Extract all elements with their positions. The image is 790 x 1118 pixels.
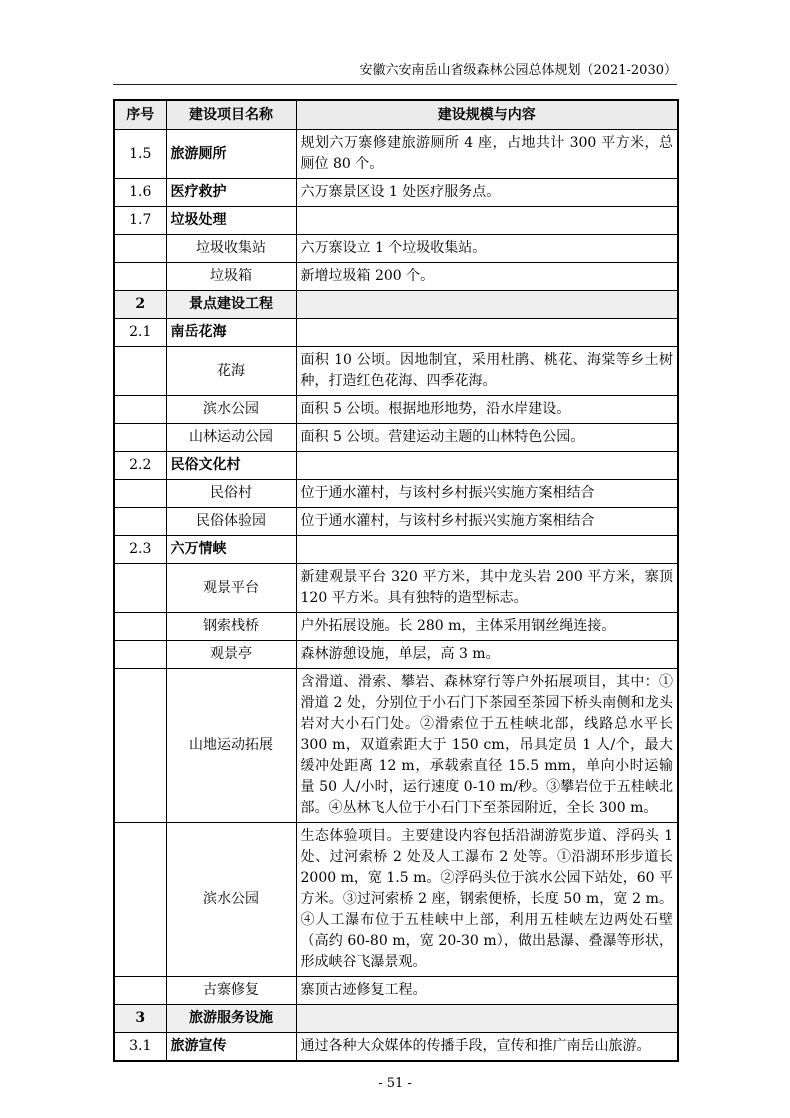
row-number: 1.7 [114,207,166,235]
row-name: 景点建设工程 [166,291,296,319]
table-row: 钢索栈桥 户外拓展设施。长 280 m，主体采用钢丝绳连接。 [114,613,678,641]
table-section-row: 2 景点建设工程 [114,291,678,319]
row-name: 垃圾处理 [166,207,296,235]
table-row: 垃圾箱 新增垃圾箱 200 个。 [114,263,678,291]
row-content: 位于通水灌村，与该村乡村振兴实施方案相结合 [296,480,678,508]
table-header-row: 序号 建设项目名称 建设规模与内容 [114,100,678,130]
row-number: 3.1 [114,1033,166,1062]
table-section-row: 3 旅游服务设施 [114,1005,678,1033]
page-number: - 51 - [113,1076,677,1091]
row-number [114,669,166,823]
table-row: 2.3 六万情峡 [114,536,678,564]
table-row: 山林运动公园 面积 5 公顷。营建运动主题的山林特色公园。 [114,424,678,452]
row-content: 含滑道、滑索、攀岩、森林穿行等户外拓展项目，其中：①滑道 2 处，分别位于小石门… [296,669,678,823]
row-content: 生态体验项目。主要建设内容包括沿湖游览步道、浮码头 1 处、过河索桥 2 处及人… [296,823,678,977]
table-row: 民俗村 位于通水灌村，与该村乡村振兴实施方案相结合 [114,480,678,508]
row-name: 旅游厕所 [166,130,296,179]
row-number [114,613,166,641]
row-number [114,263,166,291]
table-row: 2.1 南岳花海 [114,319,678,347]
table-row: 垃圾收集站 六万寨设立 1 个垃圾收集站。 [114,235,678,263]
row-name: 钢索栈桥 [166,613,296,641]
row-number: 2.3 [114,536,166,564]
table-row: 观景亭 森林游憩设施，单层，高 3 m。 [114,641,678,669]
row-number: 2.1 [114,319,166,347]
row-content: 面积 5 公顷。根据地形地势，沿水岸建设。 [296,396,678,424]
construction-plan-table: 序号 建设项目名称 建设规模与内容 1.5 旅游厕所 规划六万寨修建旅游厕所 4… [113,99,679,1062]
table-row: 2.2 民俗文化村 [114,452,678,480]
row-number [114,424,166,452]
column-header-content: 建设规模与内容 [296,100,678,130]
row-content: 面积 5 公顷。营建运动主题的山林特色公园。 [296,424,678,452]
row-name: 滨水公园 [166,823,296,977]
row-name: 山林运动公园 [166,424,296,452]
row-number: 3 [114,1005,166,1033]
row-content: 新建观景平台 320 平方米，其中龙头岩 200 平方米，寨顶 120 平方米。… [296,564,678,613]
table-row: 古寨修复 寨顶古迹修复工程。 [114,977,678,1005]
column-header-name: 建设项目名称 [166,100,296,130]
row-name: 花海 [166,347,296,396]
table-row: 1.7 垃圾处理 [114,207,678,235]
table-row: 花海 面积 10 公顷。因地制宜，采用杜鹃、桃花、海棠等乡土树种，打造红色花海、… [114,347,678,396]
row-number: 1.5 [114,130,166,179]
row-number [114,823,166,977]
row-content: 森林游憩设施，单层，高 3 m。 [296,641,678,669]
row-name: 滨水公园 [166,396,296,424]
row-content: 规划六万寨修建旅游厕所 4 座，占地共计 300 平方米，总厕位 80 个。 [296,130,678,179]
row-number [114,641,166,669]
table-row: 1.5 旅游厕所 规划六万寨修建旅游厕所 4 座，占地共计 300 平方米，总厕… [114,130,678,179]
row-name: 垃圾箱 [166,263,296,291]
table-row: 观景平台 新建观景平台 320 平方米，其中龙头岩 200 平方米，寨顶 120… [114,564,678,613]
row-number [114,508,166,536]
row-content: 位于通水灌村，与该村乡村振兴实施方案相结合 [296,508,678,536]
document-body: 安徽六安南岳山省级森林公园总体规划（2021-2030） 序号 建设项目名称 建… [113,0,677,1091]
row-content: 新增垃圾箱 200 个。 [296,263,678,291]
row-number [114,977,166,1005]
row-content [296,207,678,235]
table-row: 滨水公园 生态体验项目。主要建设内容包括沿湖游览步道、浮码头 1 处、过河索桥 … [114,823,678,977]
row-name: 医疗救护 [166,179,296,207]
row-number: 2.2 [114,452,166,480]
row-name: 垃圾收集站 [166,235,296,263]
row-content [296,319,678,347]
row-number [114,347,166,396]
document-page: 安徽六安南岳山省级森林公园总体规划（2021-2030） 序号 建设项目名称 建… [0,0,790,1118]
row-name: 观景平台 [166,564,296,613]
row-number [114,235,166,263]
row-content: 户外拓展设施。长 280 m，主体采用钢丝绳连接。 [296,613,678,641]
row-content: 六万寨设立 1 个垃圾收集站。 [296,235,678,263]
row-content: 六万寨景区设 1 处医疗服务点。 [296,179,678,207]
row-content [296,1005,678,1033]
row-name: 民俗体验园 [166,508,296,536]
row-name: 民俗文化村 [166,452,296,480]
row-name: 民俗村 [166,480,296,508]
table-row: 民俗体验园 位于通水灌村，与该村乡村振兴实施方案相结合 [114,508,678,536]
row-name: 六万情峡 [166,536,296,564]
row-number: 2 [114,291,166,319]
row-content [296,291,678,319]
row-name: 旅游宣传 [166,1033,296,1062]
row-name: 南岳花海 [166,319,296,347]
table-row: 山地运动拓展 含滑道、滑索、攀岩、森林穿行等户外拓展项目，其中：①滑道 2 处，… [114,669,678,823]
running-header-title: 安徽六安南岳山省级森林公园总体规划（2021-2030） [113,62,677,85]
row-name: 旅游服务设施 [166,1005,296,1033]
column-header-no: 序号 [114,100,166,130]
row-number [114,396,166,424]
row-name: 古寨修复 [166,977,296,1005]
row-content: 通过各种大众媒体的传播手段，宣传和推广南岳山旅游。 [296,1033,678,1062]
row-number [114,564,166,613]
row-content [296,536,678,564]
row-name: 观景亭 [166,641,296,669]
row-name: 山地运动拓展 [166,669,296,823]
row-content [296,452,678,480]
row-content: 面积 10 公顷。因地制宜，采用杜鹃、桃花、海棠等乡土树种，打造红色花海、四季花… [296,347,678,396]
table-row: 1.6 医疗救护 六万寨景区设 1 处医疗服务点。 [114,179,678,207]
row-number: 1.6 [114,179,166,207]
row-number [114,480,166,508]
table-row: 滨水公园 面积 5 公顷。根据地形地势，沿水岸建设。 [114,396,678,424]
table-row: 3.1 旅游宣传 通过各种大众媒体的传播手段，宣传和推广南岳山旅游。 [114,1033,678,1062]
row-content: 寨顶古迹修复工程。 [296,977,678,1005]
